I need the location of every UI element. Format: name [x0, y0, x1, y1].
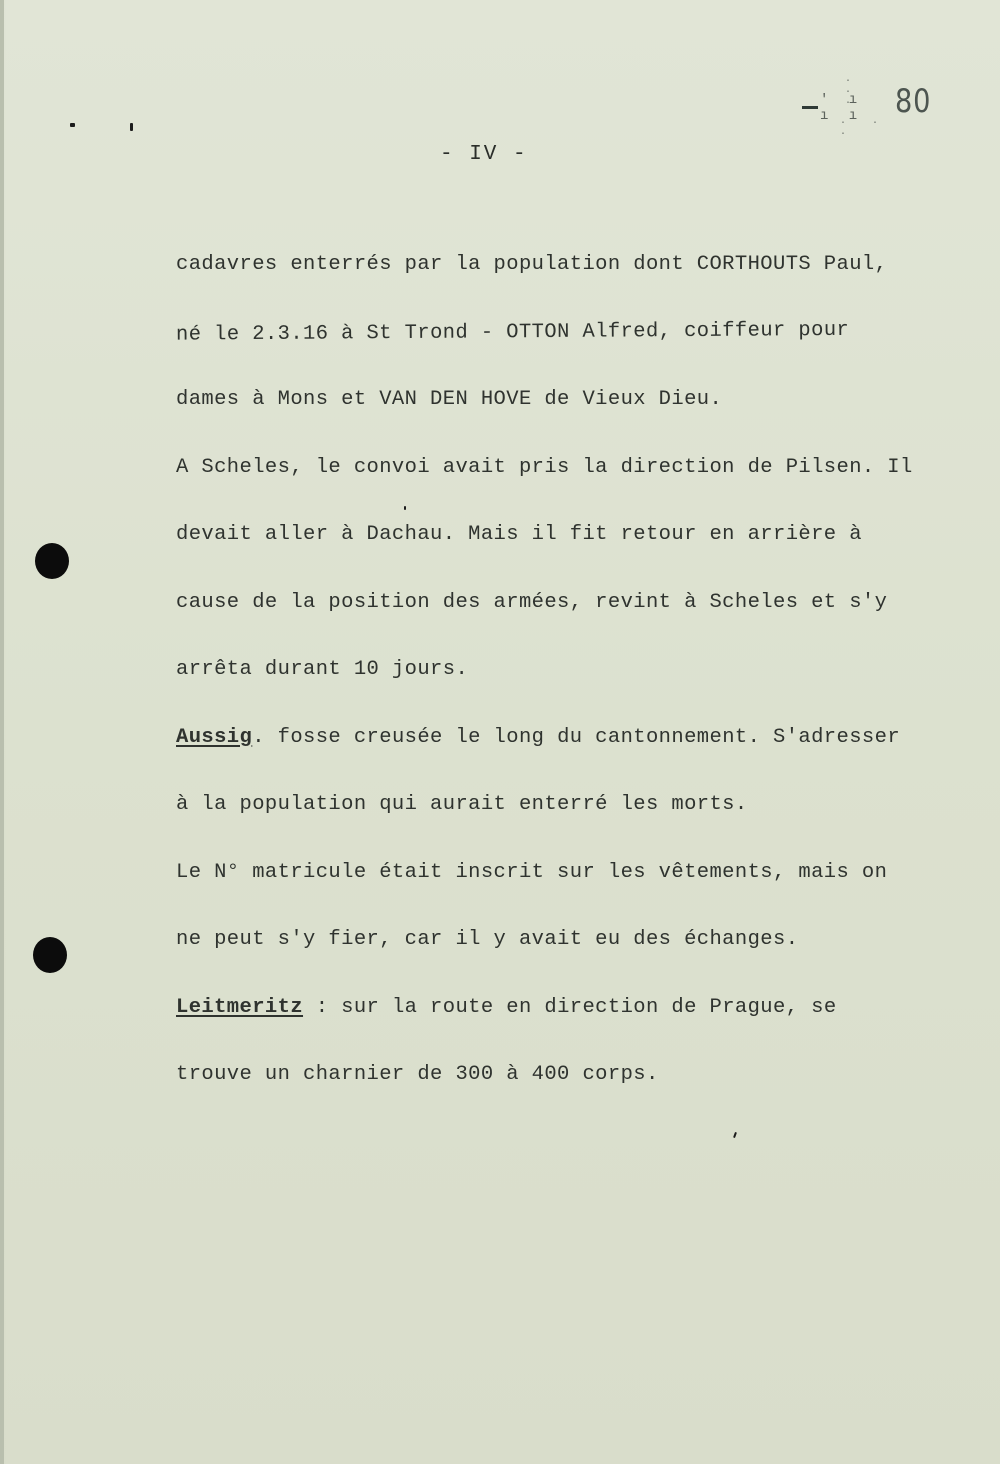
ink-speck [130, 123, 133, 131]
text-line: cadavres enterrés par la population dont… [176, 254, 916, 277]
text-fragment: sur la route en direction de Prague, se [341, 996, 836, 1019]
text-line: A Scheles, le convoi avait pris la direc… [176, 457, 916, 480]
place-name-leitmeritz: Leitmeritz [176, 996, 303, 1019]
ink-speck [733, 1132, 737, 1138]
punch-hole-lower [33, 937, 67, 973]
text-line-aussig: Aussig. fosse creusée le long du cantonn… [176, 727, 916, 750]
text-line: né le 2.3.16 à St Trond - OTTON Alfred, … [176, 319, 916, 347]
text-line-leitmeritz: Leitmeritz : sur la route en direction d… [176, 997, 916, 1020]
punctuation: : [303, 996, 341, 1019]
text-line: ne peut s'y fier, car il y avait eu des … [176, 929, 916, 952]
text-line: à la population qui aurait enterré les m… [176, 794, 916, 817]
place-name-aussig: Aussig [176, 726, 252, 749]
archive-stamp-marks: · · · ' ı ı ı · · · [800, 70, 890, 130]
punctuation: . [252, 726, 277, 749]
stamp-dots-bottom: · · · [840, 118, 890, 140]
text-line: cause de la position des armées, revint … [176, 592, 916, 615]
paper-edge [0, 0, 4, 1464]
page-number: 80 [895, 82, 931, 120]
text-line: Le N° matricule était inscrit sur les vê… [176, 862, 916, 885]
ink-speck [404, 506, 406, 510]
text-line: devait aller à Dachau. Mais il fit retou… [176, 524, 916, 547]
text-line: dames à Mons et VAN DEN HOVE de Vieux Di… [176, 389, 916, 412]
ink-speck [70, 123, 75, 127]
text-line: trouve un charnier de 300 à 400 corps. [176, 1064, 916, 1087]
text-line: arrêta durant 10 jours. [176, 659, 916, 682]
section-heading: - IV - [440, 143, 528, 166]
text-fragment: fosse creusée le long du cantonnement. S… [278, 726, 900, 749]
stamp-dash [802, 106, 818, 109]
typewritten-body: cadavres enterrés par la population dont… [176, 209, 916, 1109]
punch-hole-upper [35, 543, 69, 579]
